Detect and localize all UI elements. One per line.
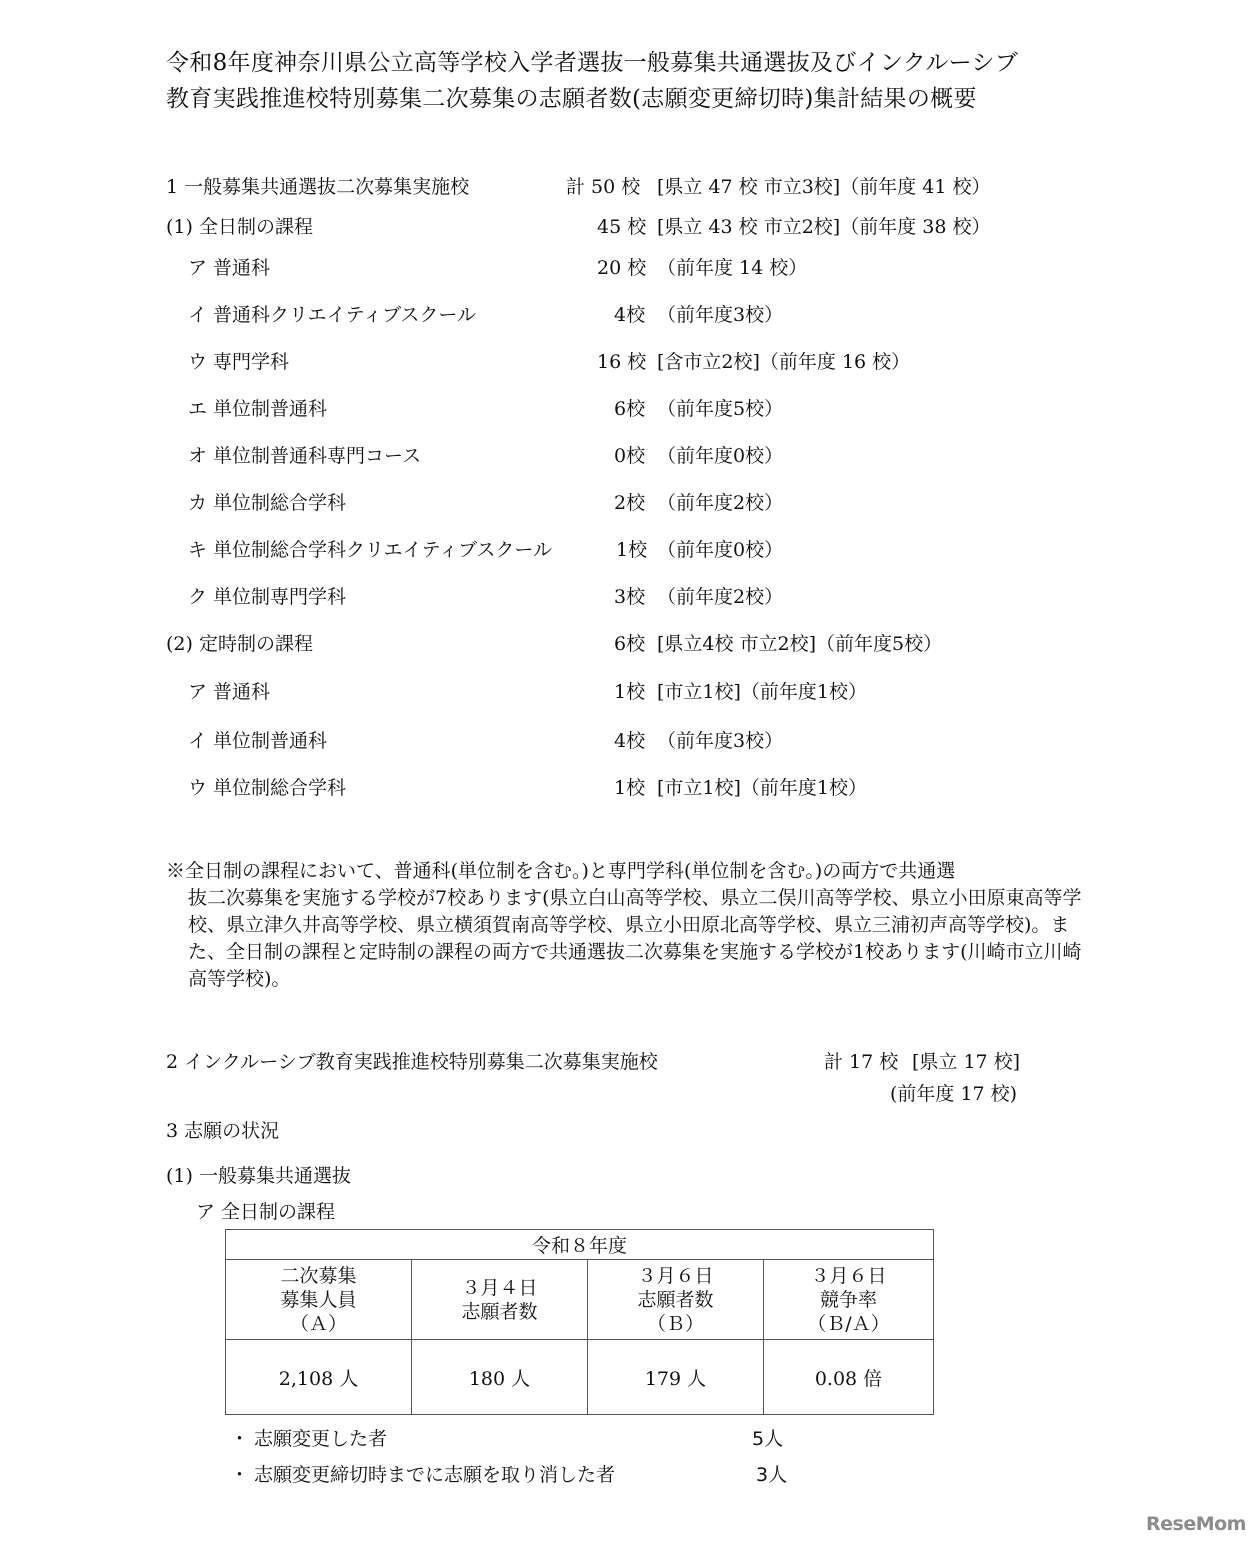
parttime-item-detail: [市立1校]（前年度1校） [657,680,867,704]
note-paragraph: ※全日制の課程において、普通科(単位制を含む。)と専門学科(単位制を含む。)の両… [166,858,1086,993]
fulltime-item-label: キ 単位制総合学科クリエイティブスクール [188,538,552,562]
parttime-item-label: ウ 単位制総合学科 [188,776,346,800]
fulltime-item-label: イ 普通科クリエイティブスクール [188,303,476,327]
fulltime-item-count: 1校 [616,538,647,562]
bullet-label: 志願変更した者 [254,1427,387,1451]
col-header-capacity: 二次募集 募集人員 （Ａ） [226,1260,412,1340]
section2-count: 計 17 校 [824,1050,898,1074]
fulltime-item-label: オ 単位制普通科専門コース [188,444,421,468]
value-mar4-applicants: 180 人 [412,1340,588,1415]
fulltime-item-count: 20 校 [597,256,646,280]
section3-sub1a: ア 全日制の課程 [196,1200,335,1224]
parttime-item-label: イ 単位制普通科 [188,729,327,753]
fulltime-item-count: 2校 [614,491,645,515]
section2-detail: [県立 17 校] [912,1050,1020,1074]
document-title-line-2: 教育実践推進校特別募集二次募集の志願者数(志願変更締切時)集計結果の概要 [166,82,977,116]
parttime-item-detail: [市立1校]（前年度1校） [657,776,867,800]
parttime-item-count: 4校 [614,729,645,753]
parttime-item-detail: （前年度3校） [657,729,783,753]
resemom-logo: ReseMom [1146,1513,1246,1535]
col-header-competition-rate: ３月６日 競争率 （Ｂ/Ａ） [764,1260,934,1340]
col-header-mar6-applicants: ３月６日 志願者数 （Ｂ） [588,1260,764,1340]
parttime-item-count: 1校 [614,776,645,800]
section2-heading: 2 インクルーシブ教育実践推進校特別募集二次募集実施校 [166,1050,658,1074]
parttime-label: (2) 定時制の課程 [166,632,313,656]
value-capacity: 2,108 人 [226,1340,412,1415]
section3-heading: 3 志願の状況 [166,1119,279,1143]
fulltime-item-detail: （前年度 14 校） [657,256,807,280]
fulltime-item-detail: （前年度3校） [657,303,783,327]
fulltime-item-label: ウ 専門学科 [188,350,289,374]
bullet-dot: ・ [230,1427,249,1451]
bullet-value: 5人 [752,1427,783,1451]
fulltime-item-count: 6校 [614,397,645,421]
fulltime-item-count: 3校 [614,585,645,609]
parttime-item-label: ア 普通科 [188,680,270,704]
note-continuation: 抜二次募集を実施する学校が7校あります(県立白山高等学校、県立二俣川高等学校、県… [166,885,1086,993]
section3-sub1: (1) 一般募集共通選抜 [166,1164,351,1188]
parttime-item-count: 1校 [614,680,645,704]
fulltime-item-detail: （前年度2校） [657,585,783,609]
parttime-count: 6校 [614,632,645,656]
fulltime-item-detail: （前年度0校） [657,444,783,468]
col-header-mar4-applicants: ３月４日 志願者数 [412,1260,588,1340]
fulltime-item-detail: （前年度5校） [657,397,783,421]
fulltime-item-count: 16 校 [597,350,646,374]
fulltime-item-count: 0校 [614,444,645,468]
fulltime-item-count: 4校 [614,303,645,327]
fulltime-item-detail: （前年度0校） [657,538,783,562]
value-mar6-applicants: 179 人 [588,1340,764,1415]
document-title-line-1: 令和8年度神奈川県公立高等学校入学者選抜一般募集共通選抜及びインクルーシブ [166,46,1018,80]
value-competition-rate: 0.08 倍 [764,1340,934,1415]
table-row: 2,108 人 180 人 179 人 0.08 倍 [226,1340,934,1415]
fulltime-item-detail: [含市立2校]（前年度 16 校） [657,350,910,374]
parttime-detail: [県立4校 市立2校]（前年度5校） [657,632,942,656]
fulltime-label: (1) 全日制の課程 [166,215,313,239]
table-year-header: 令和８年度 [226,1230,934,1260]
fulltime-count: 45 校 [597,215,646,239]
note-first-line: ※全日制の課程において、普通科(単位制を含む。)と専門学科(単位制を含む。)の両… [166,860,955,882]
section2-previous: (前年度 17 校) [890,1082,1017,1106]
section1-detail: [県立 47 校 市立3校]（前年度 41 校） [657,175,990,199]
section1-heading: 1 一般募集共通選抜二次募集実施校 [166,175,469,199]
fulltime-item-label: ク 単位制専門学科 [188,585,346,609]
fulltime-detail: [県立 43 校 市立2校]（前年度 38 校） [657,215,990,239]
section1-count: 計 50 校 [566,175,640,199]
fulltime-item-label: カ 単位制総合学科 [188,491,346,515]
bullet-value: 3人 [756,1463,787,1487]
fulltime-item-label: エ 単位制普通科 [188,397,327,421]
bullet-label: 志願変更締切時までに志願を取り消した者 [254,1463,615,1487]
bullet-dot: ・ [230,1463,249,1487]
fulltime-item-label: ア 普通科 [188,256,270,280]
applicant-stats-table: 令和８年度 二次募集 募集人員 （Ａ） ３月４日 志願者数 ３月６日 志願者数 … [225,1229,934,1415]
fulltime-item-detail: （前年度2校） [657,491,783,515]
